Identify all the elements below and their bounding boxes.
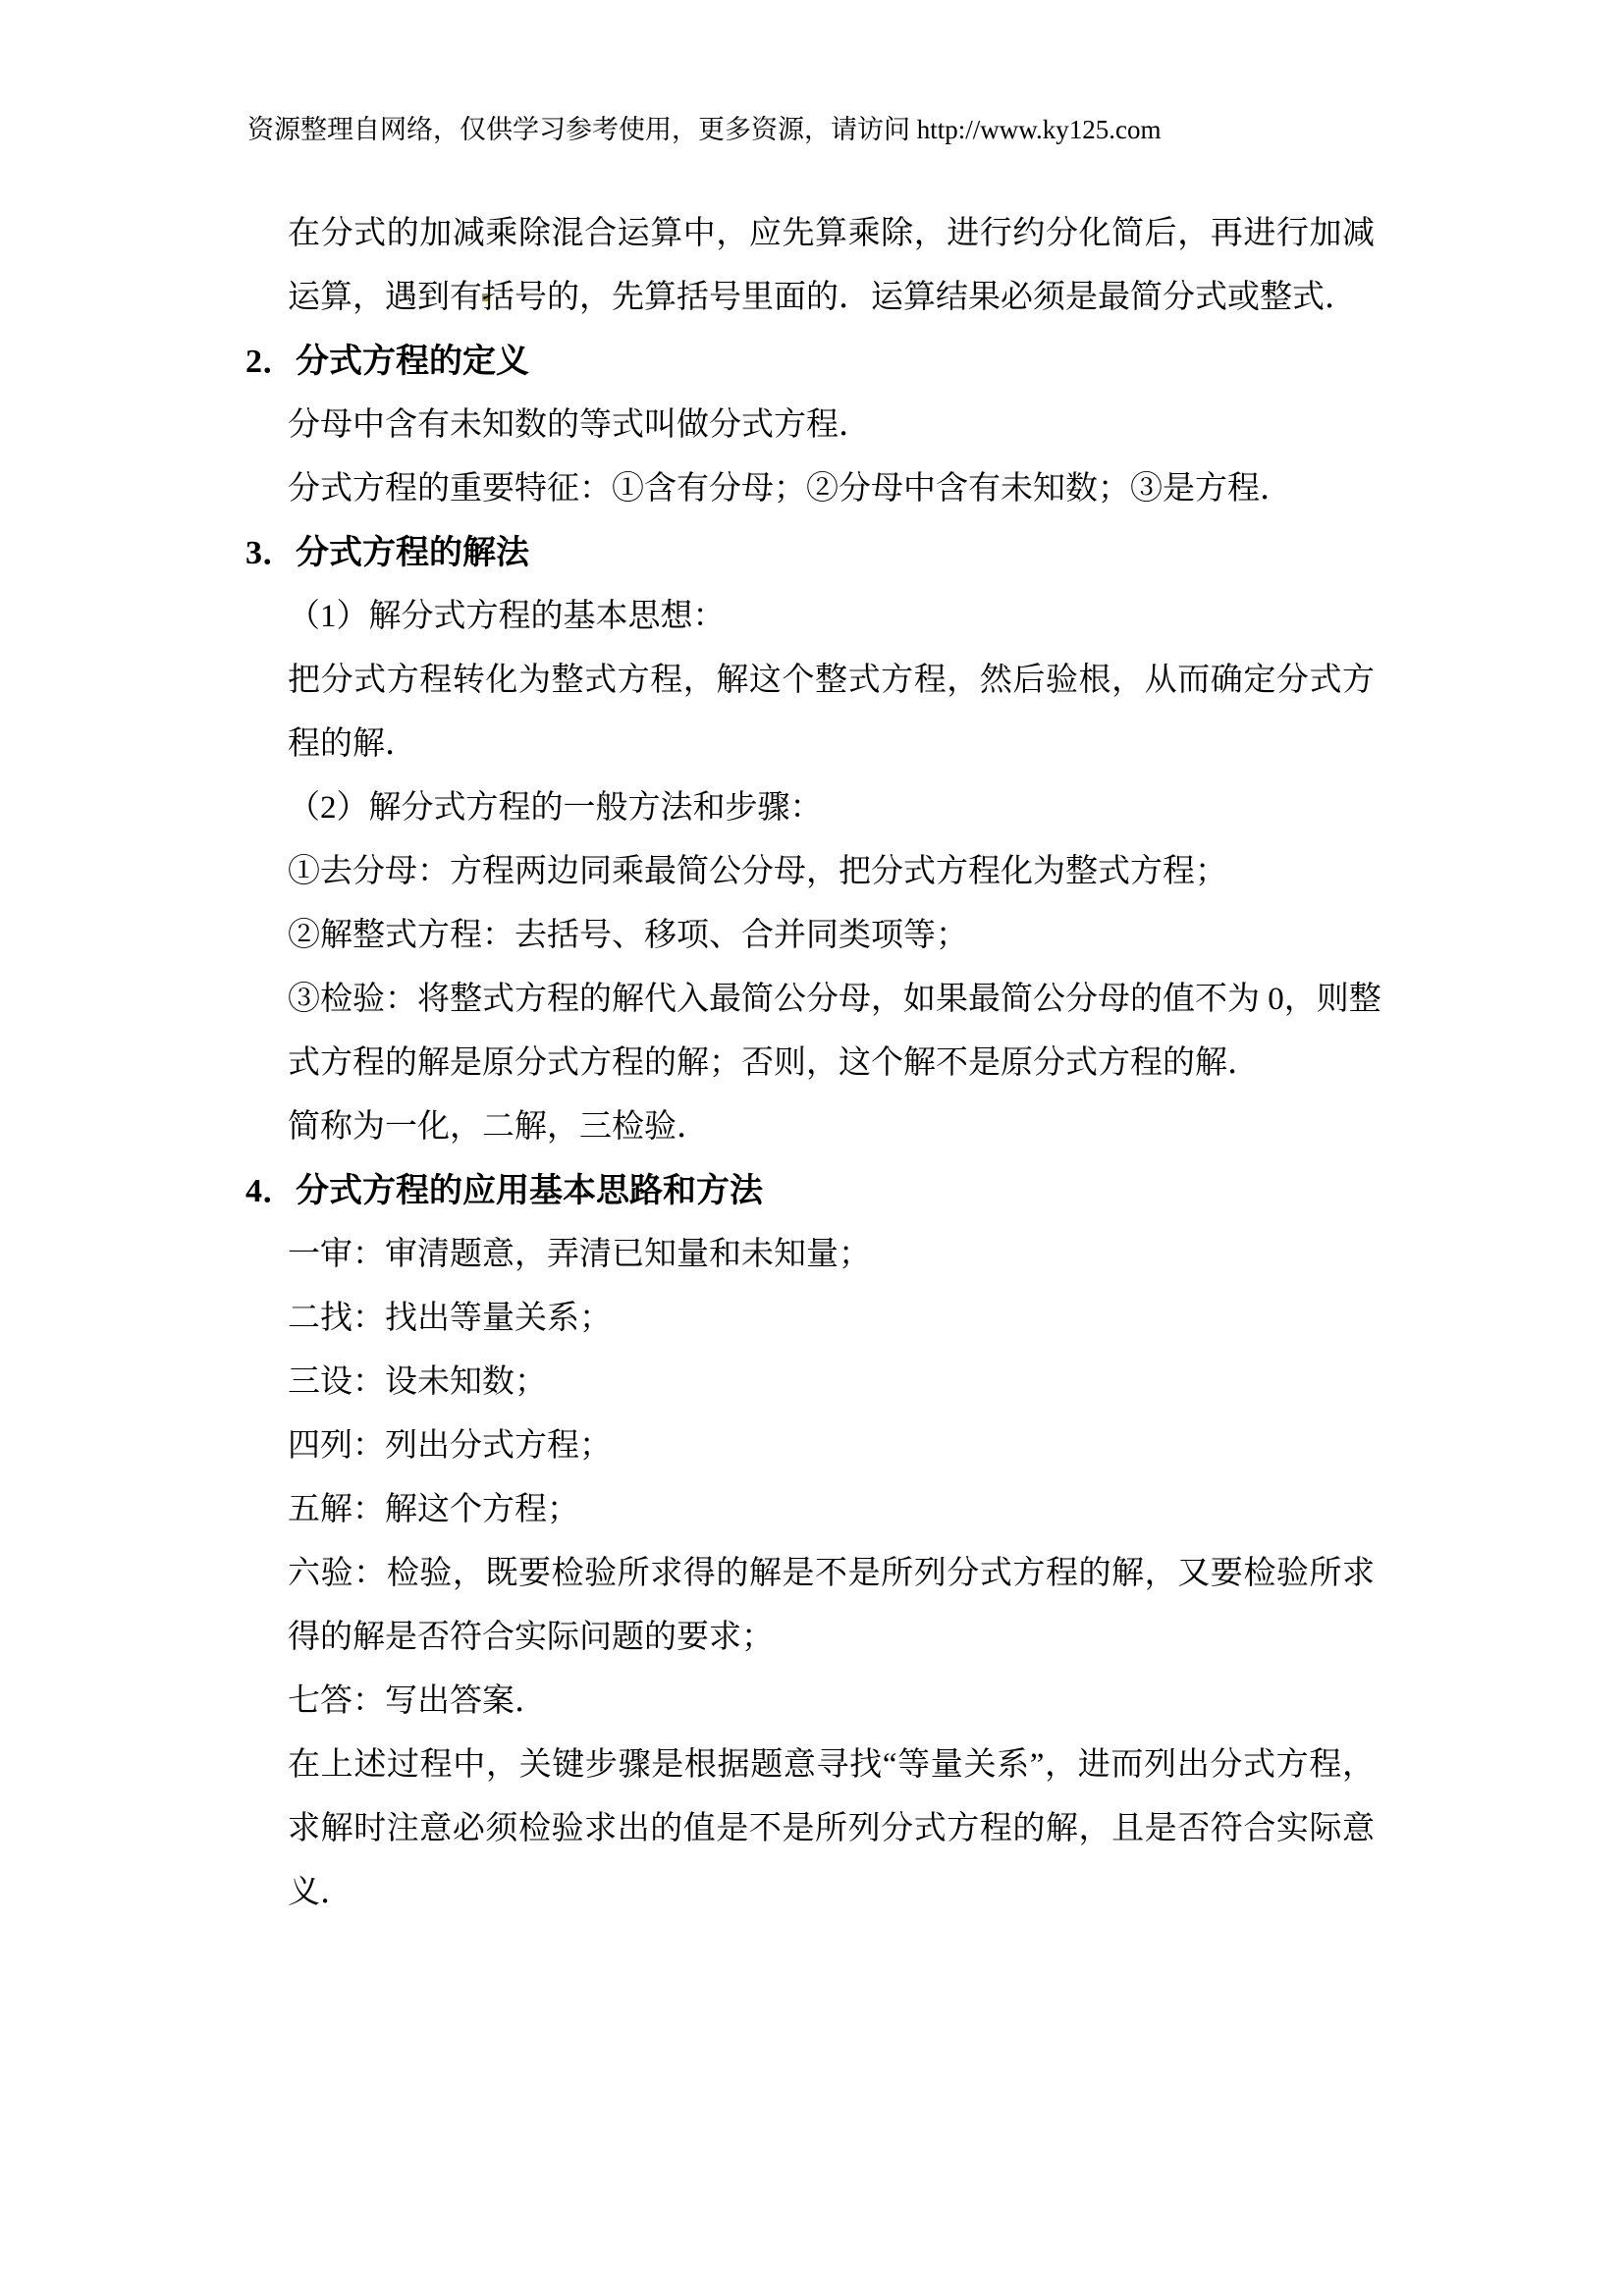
text-line: 义．	[288, 1861, 1624, 1925]
text-line: 分式方程的重要特征：①含有分母；②分母中含有未知数；③是方程．	[288, 457, 1624, 521]
text-line: ②解整式方程：去括号、移项、合并同类项等；	[288, 904, 1624, 968]
text-line: 五解：解这个方程；	[288, 1478, 1624, 1542]
text-line: ①去分母：方程两边同乘最简公分母，把分式方程化为整式方程；	[288, 840, 1624, 904]
text-line: 一审：审清题意，弄清已知量和未知量；	[288, 1223, 1624, 1287]
document-page: 资源整理自网络，仅供学习参考使用，更多资源，请访问 http://www.ky1…	[0, 0, 1624, 2296]
text-line: （1）解分式方程的基本思想：	[288, 585, 1624, 649]
text-line: 在分式的加减乘除混合运算中，应先算乘除，进行约分化简后，再进行加减	[288, 202, 1375, 266]
text-line: 三设：设未知数；	[288, 1351, 1624, 1415]
text-line: 程的解．	[288, 713, 1624, 776]
text-line: 六验：检验，既要检验所求得的解是不是所列分式方程的解，又要检验所求	[288, 1542, 1375, 1606]
text-line: （2）解分式方程的一般方法和步骤：	[288, 776, 1624, 840]
document-body: 在分式的加减乘除混合运算中，应先算乘除，进行约分化简后，再进行加减 运算，遇到有…	[0, 202, 1624, 1925]
text-line: 运算，遇到有括号的，先算括号里面的．运算结果必须是最简分式或整式．	[288, 266, 1624, 330]
text-line: 得的解是否符合实际问题的要求；	[288, 1606, 1624, 1670]
section-heading-4: 4．分式方程的应用基本思路和方法	[245, 1159, 1624, 1223]
text-line: 二找：找出等量关系；	[288, 1287, 1624, 1351]
text-line: 把分式方程转化为整式方程，解这个整式方程，然后验根，从而确定分式方	[288, 649, 1375, 713]
text-line: 分母中含有未知数的等式叫做分式方程．	[288, 394, 1624, 457]
text-line: 式方程的解是原分式方程的解；否则，这个解不是原分式方程的解．	[288, 1032, 1624, 1095]
text-line: 简称为一化，二解，三检验．	[288, 1095, 1624, 1159]
text-line: ③检验：将整式方程的解代入最简公分母，如果最简公分母的值不为 0，则整	[288, 968, 1375, 1032]
text-line: 在上述过程中，关键步骤是根据题意寻找“等量关系”，进而列出分式方程，	[288, 1734, 1375, 1797]
text-line: 七答：写出答案．	[288, 1670, 1624, 1734]
header-note: 资源整理自网络，仅供学习参考使用，更多资源，请访问 http://www.ky1…	[247, 110, 1161, 149]
section-heading-3: 3．分式方程的解法	[245, 521, 1624, 585]
text-line: 四列：列出分式方程；	[288, 1415, 1624, 1478]
section-heading-2: 2．分式方程的定义	[245, 330, 1624, 394]
text-line: 求解时注意必须检验求出的值是不是所列分式方程的解，且是否符合实际意	[288, 1797, 1375, 1861]
